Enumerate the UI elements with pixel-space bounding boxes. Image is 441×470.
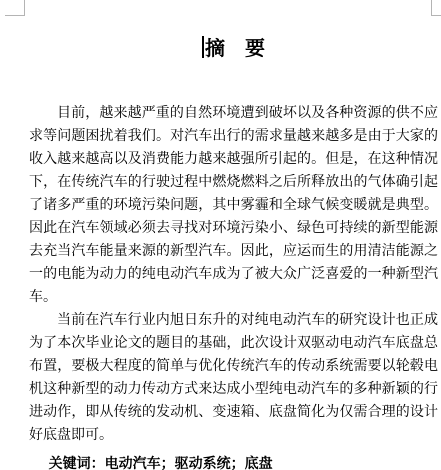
margin-crop-mark-top-left	[5, 0, 25, 16]
paragraph-2[interactable]: 当前在汽车行业内旭日东升的对纯电动汽车的研究设计也正成为了本次毕业论文的题目的基…	[29, 309, 438, 447]
paragraph-1[interactable]: 目前，越来越严重的自然环境遭到破坏以及各种资源的供不应求等问题困扰着我们。对汽车…	[29, 102, 438, 309]
text-cursor	[202, 36, 204, 58]
abstract-body: 目前，越来越严重的自然环境遭到破坏以及各种资源的供不应求等问题困扰着我们。对汽车…	[29, 102, 438, 470]
keywords-line[interactable]: 关键词：电动汽车；驱动系统；底盘	[29, 453, 438, 470]
margin-crop-mark-top-right	[431, 0, 441, 16]
abstract-title-text: 摘 要	[205, 38, 265, 60]
document-page[interactable]: 摘 要 目前，越来越严重的自然环境遭到破坏以及各种资源的供不应求等问题困扰着我们…	[0, 0, 441, 470]
abstract-title[interactable]: 摘 要	[29, 36, 438, 61]
